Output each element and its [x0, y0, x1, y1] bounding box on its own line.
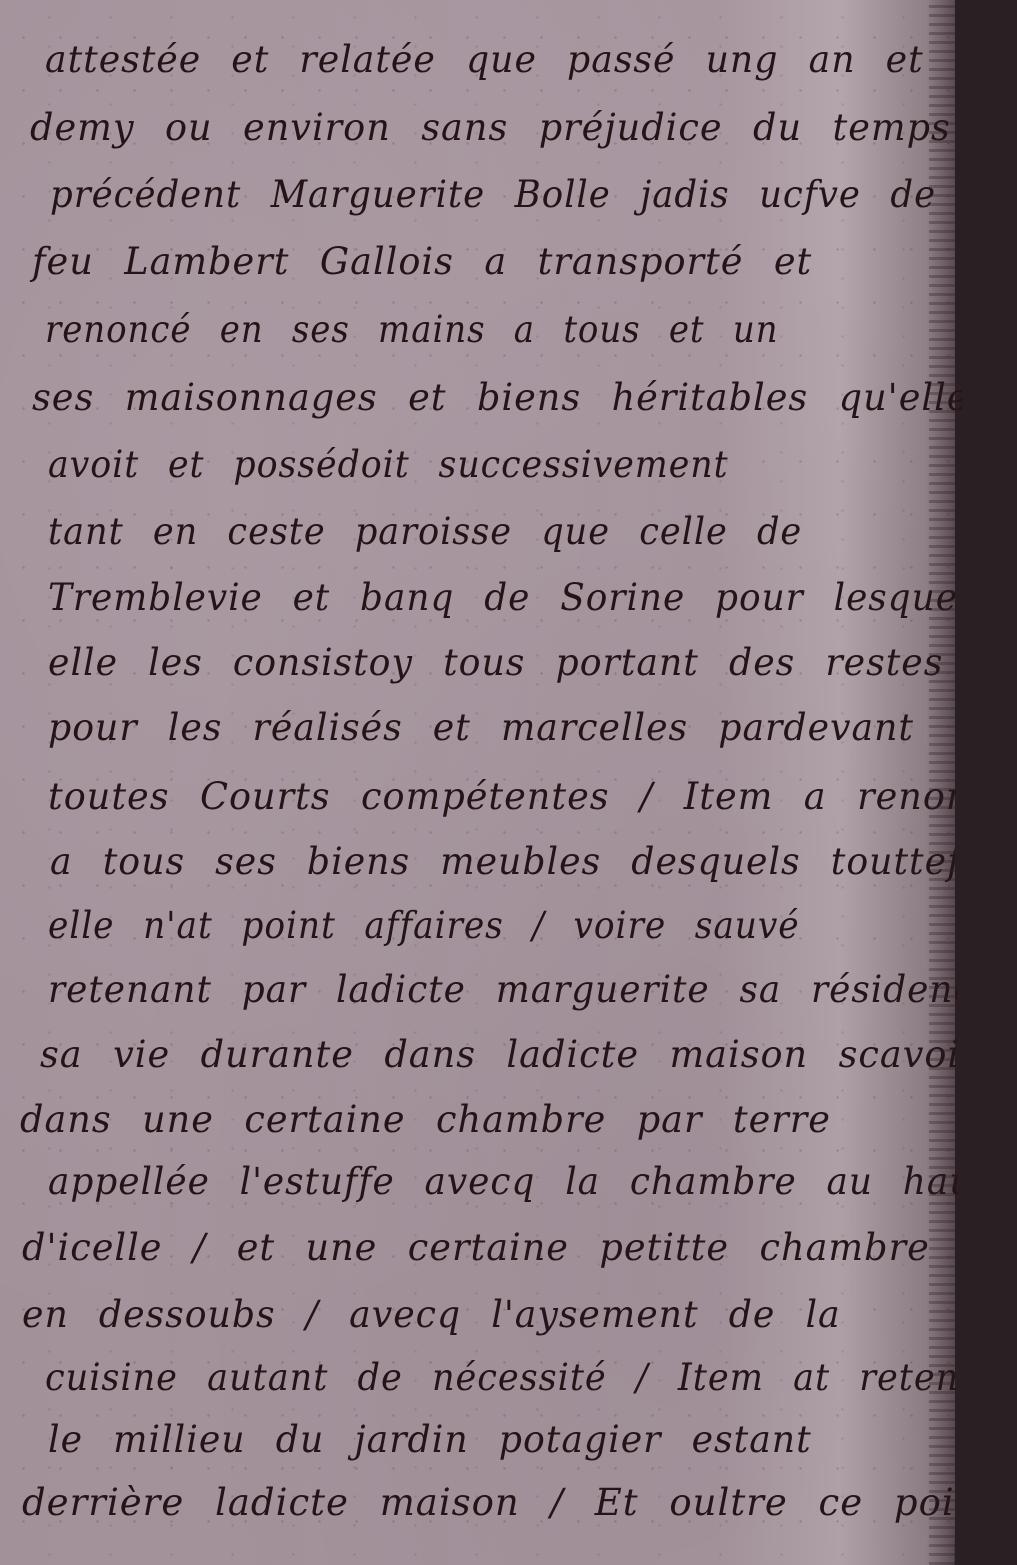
line-text: renoncé en ses mains a tous et un [45, 308, 779, 351]
line-text: elle n'at point affaires / voire sauvé [48, 904, 800, 947]
line-text: derrière ladicte maison / Et oultre ce p… [22, 1481, 995, 1524]
line-text: dans une certaine chambre par terre [20, 1098, 831, 1141]
manuscript-line-12: toutes Courts compétentes / Item a renon… [48, 767, 1015, 827]
manuscript-line-15: retenant par ladicte marguerite sa résid… [48, 960, 997, 1020]
line-text: attestée et relatée que passé ung an et [45, 38, 924, 81]
line-text: en dessoubs / avecq l'aysement de la [22, 1293, 841, 1336]
binding-edge-fray [929, 0, 959, 1565]
line-text: tant en ceste paroisse que celle de [48, 510, 802, 553]
line-text: ses maisonnages et biens héritables qu'e… [32, 376, 969, 419]
manuscript-line-20: en dessoubs / avecq l'aysement de la [22, 1285, 841, 1345]
manuscript-line-18: appellée l'estuffe avecq la chambre au h… [48, 1152, 1001, 1212]
line-text: demy ou environ sans préjudice du temps [30, 106, 951, 149]
manuscript-line-5: renoncé en ses mains a tous et un [45, 300, 779, 360]
manuscript-line-23: derrière ladicte maison / Et oultre ce p… [22, 1473, 995, 1533]
manuscript-line-11: pour les réalisés et marcelles pardevant [48, 698, 914, 758]
manuscript-line-6: ses maisonnages et biens héritables qu'e… [32, 368, 969, 428]
line-text: feu Lambert Gallois a transporté et [32, 240, 812, 283]
line-text: sa vie durante dans ladicte maison scavo… [40, 1033, 979, 1076]
manuscript-line-2: demy ou environ sans préjudice du temps [30, 98, 951, 158]
line-text: d'icelle / et une certaine petitte chamb… [22, 1226, 930, 1269]
line-text: le millieu du jardin potagier estant [48, 1418, 812, 1461]
line-text: retenant par ladicte marguerite sa résid… [48, 968, 997, 1011]
manuscript-line-21: cuisine autant de nécessité / Item at re… [45, 1348, 983, 1408]
line-text: Tremblevie et banq de Sorine pour lesque… [48, 576, 990, 619]
manuscript-line-7: avoit et possédoit successivement [48, 435, 729, 495]
line-text: précédent Marguerite Bolle jadis ucfve d… [50, 173, 936, 216]
manuscript-line-10: elle les consistoy tous portant des rest… [48, 633, 943, 693]
line-text: cuisine autant de nécessité / Item at re… [45, 1356, 983, 1399]
manuscript-line-3: précédent Marguerite Bolle jadis ucfve d… [50, 165, 936, 225]
manuscript-line-16: sa vie durante dans ladicte maison scavo… [40, 1025, 979, 1085]
manuscript-page: attestée et relatée que passé ung an et … [0, 0, 955, 1565]
line-text: pour les réalisés et marcelles pardevant [48, 706, 914, 749]
line-text: appellée l'estuffe avecq la chambre au h… [48, 1160, 1001, 1203]
line-text: elle les consistoy tous portant des rest… [48, 641, 943, 684]
manuscript-line-14: elle n'at point affaires / voire sauvé [48, 896, 800, 956]
manuscript-line-1: attestée et relatée que passé ung an et [45, 30, 924, 90]
line-text: toutes Courts compétentes / Item a renon… [48, 775, 1015, 818]
line-text: avoit et possédoit successivement [48, 443, 729, 486]
handwritten-text-block: attestée et relatée que passé ung an et … [0, 0, 955, 1565]
manuscript-line-17: dans une certaine chambre par terre [20, 1090, 831, 1150]
manuscript-line-4: feu Lambert Gallois a transporté et [32, 232, 812, 292]
manuscript-line-13: a tous ses biens meubles desquels toutte… [50, 832, 1017, 892]
manuscript-line-9: Tremblevie et banq de Sorine pour lesque… [48, 568, 990, 628]
manuscript-line-19: d'icelle / et une certaine petitte chamb… [22, 1218, 930, 1278]
manuscript-line-8: tant en ceste paroisse que celle de [48, 502, 802, 562]
line-text: a tous ses biens meubles desquels toutte… [50, 840, 1017, 883]
manuscript-line-22: le millieu du jardin potagier estant [48, 1410, 812, 1470]
